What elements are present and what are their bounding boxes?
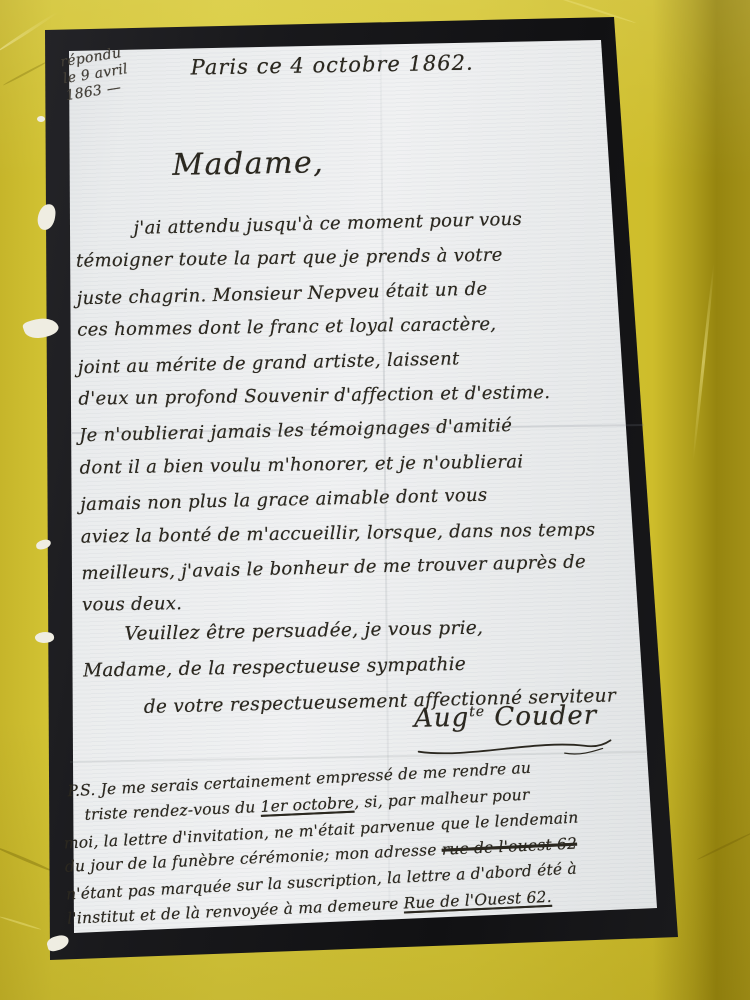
background-crease xyxy=(3,60,50,86)
signature-prefix: Aug xyxy=(414,703,470,734)
salutation: Madame, xyxy=(172,145,325,183)
archival-annotation: répondu le 9 avril 1863 — xyxy=(59,44,132,105)
signature: Augte Couder xyxy=(414,701,598,734)
signature-name: Couder xyxy=(485,701,598,733)
letter-content: répondu le 9 avril 1863 — Paris ce 4 oct… xyxy=(50,20,666,970)
dateline: Paris ce 4 octobre 1862. xyxy=(190,51,473,80)
underlined-text: Rue de l'Ouest 62. xyxy=(403,888,552,913)
mat-damage-spot xyxy=(37,116,45,122)
background-crease xyxy=(692,262,716,461)
struck-text: rue de l'ouest 62 xyxy=(441,835,577,859)
underlined-text: 1er octobre xyxy=(260,793,354,815)
signature-superscript: te xyxy=(469,704,485,720)
ps-text: , si, par malheur pour xyxy=(354,786,530,812)
background-crease xyxy=(0,846,54,873)
background-crease xyxy=(0,916,41,931)
photo-stage: répondu le 9 avril 1863 — Paris ce 4 oct… xyxy=(0,0,750,1000)
background-crease xyxy=(697,832,750,861)
letter-body: j'ai attendu jusqu'à ce moment pour vous… xyxy=(75,202,638,625)
postscript-block: P.S. Je me serais certainement empressé … xyxy=(61,750,687,933)
